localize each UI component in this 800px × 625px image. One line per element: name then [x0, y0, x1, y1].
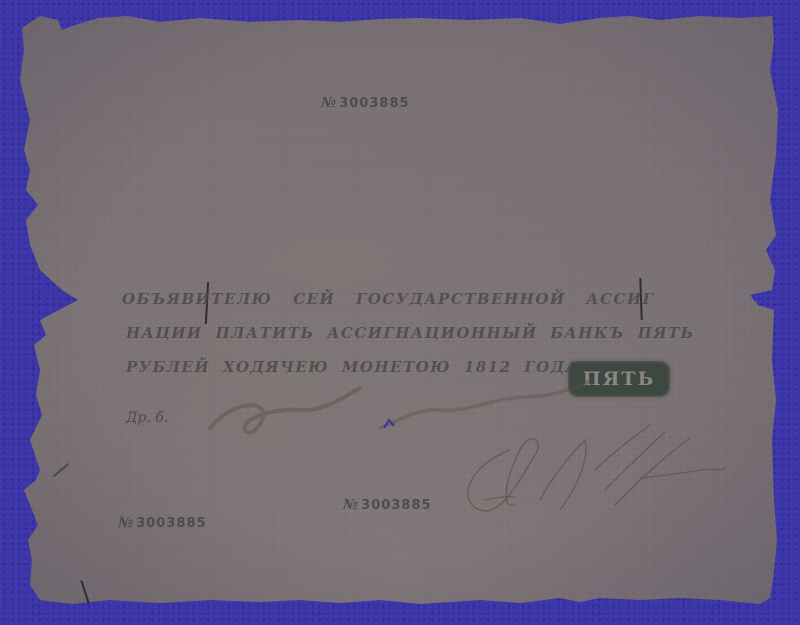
serial-number-bottom-left: №3003885: [118, 515, 207, 531]
banknote-paper: [0, 0, 800, 625]
serial-value: 3003885: [361, 498, 431, 513]
text-line-3: рублей ходячею монетою 1812 года.: [126, 358, 586, 376]
serial-number-top: №3003885: [321, 95, 410, 111]
watermark-stain: [250, 230, 410, 290]
number-sign: №: [321, 95, 337, 111]
text-line-1: Объявителю сей государственной ассиг: [122, 290, 654, 308]
denomination-label: ПЯТЬ: [583, 368, 656, 390]
number-sign: №: [118, 515, 134, 531]
serial-value: 3003885: [339, 96, 409, 111]
denomination-stamp: ПЯТЬ: [570, 363, 668, 395]
text-line-2: нации платить ассигнационный банкъ пять: [126, 324, 695, 342]
photo-scene: №3003885 Объявителю сей государственной …: [0, 0, 800, 625]
serial-value: 3003885: [136, 516, 206, 531]
handwritten-note: Др. б.: [126, 410, 168, 426]
serial-number-bottom-center: №3003885: [343, 497, 432, 513]
number-sign: №: [343, 497, 359, 513]
